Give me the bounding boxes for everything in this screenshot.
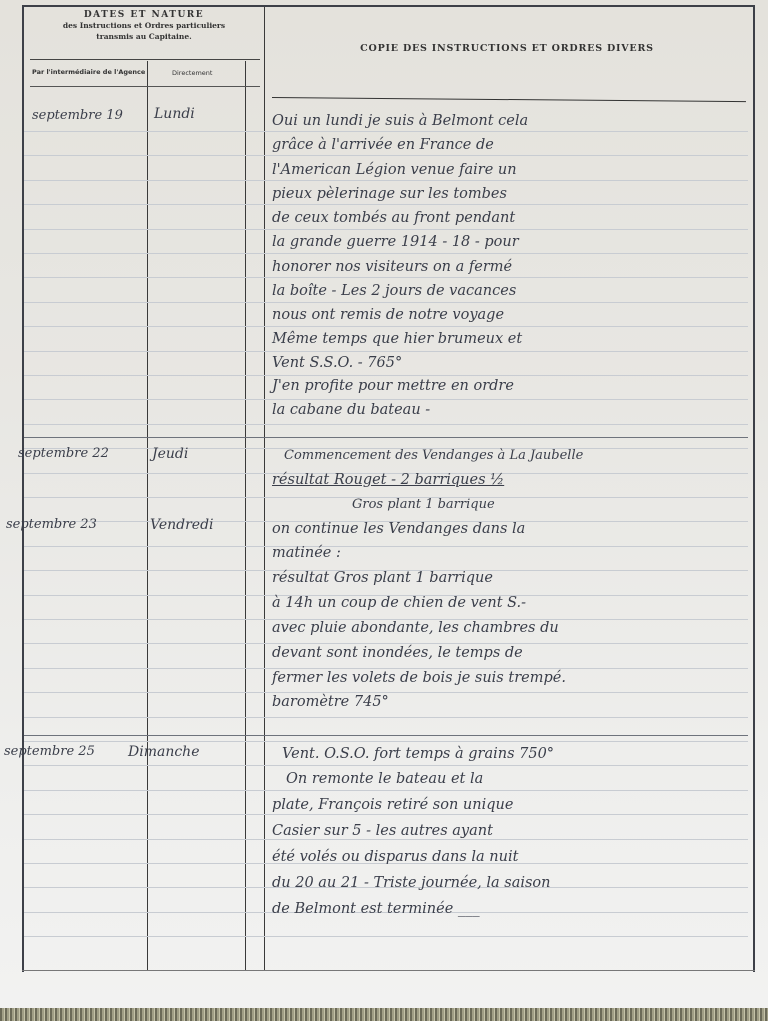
left-subtitle-1: des Instructions et Ordres particuliers [28,20,260,31]
col-header-agence: Par l'intermédiaire de l'Agence [32,68,145,76]
entry-line: Casier sur 5 - les autres ayant [272,823,493,839]
ruled-line [24,790,748,791]
entry-line: On remonte le bateau et la [286,771,483,787]
ruled-line [24,765,748,766]
entry-separator-1 [24,437,748,438]
frame-bottom-line [22,970,755,971]
ruled-line [24,546,748,547]
entry-line: l'American Légion venue faire un [272,162,517,178]
entry-day: Vendredi [150,517,214,533]
col-header-direct: Directement [172,69,212,77]
ruled-line [24,692,748,693]
entry-line: résultat Gros plant 1 barrique [272,570,493,586]
entry-line: Oui un lundi je suis à Belmont cela [272,113,528,129]
table-surface [0,1008,768,1021]
ruled-line [24,204,748,205]
entry-line: de ceux tombés au front pendant [272,210,515,226]
ruled-line [24,668,748,669]
entry-line: grâce à l'arrivée en France de [272,137,494,153]
divider-copie [264,7,265,970]
ruled-line [24,839,748,840]
copie-heading: COPIE DES INSTRUCTIONS ET ORDRES DIVERS [267,43,747,54]
entry-line: la grande guerre 1914 - 18 - pour [272,234,519,250]
entry-separator-2 [24,735,748,736]
entry-line: la boîte - Les 2 jours de vacances [272,283,516,299]
entry-day: Lundi [154,106,195,122]
ruled-line [24,375,748,376]
ruled-line [24,302,748,303]
entry-line: Même temps que hier brumeux et [272,331,522,347]
ruled-line [24,717,748,718]
entry-line: on continue les Vendanges dans la [272,521,525,537]
entry-line: baromètre 745° [272,694,389,710]
ruled-line [24,399,748,400]
entry-date: septembre 19 [32,108,123,123]
ruled-line [24,326,748,327]
left-title: DATES ET NATURE [28,10,260,20]
entry-line: devant sont inondées, le temps de [272,645,523,661]
entry-line: pieux pèlerinage sur les tombes [272,186,507,202]
entry-day: Dimanche [128,744,199,760]
entry-date: septembre 23 [6,517,97,532]
ruled-line [24,424,748,425]
header-rule-bottom [30,86,260,87]
entry-line: fermer les volets de bois je suis trempé… [272,670,566,686]
entry-line: été volés ou disparus dans la nuit [272,849,518,865]
divider-date-day [147,61,148,970]
ruled-line [24,351,748,352]
divider-day-text [245,61,246,970]
entry-line: Gros plant 1 barrique [352,497,495,512]
entry-line: matinée : [272,545,341,561]
header-rule-top [30,59,260,60]
entry-line: résultat Rouget - 2 barriques ½ [272,472,504,488]
entry-date: septembre 25 [4,744,95,759]
entry-line: honorer nos visiteurs on a fermé [272,259,512,275]
left-subtitle-2: transmis au Capitaine. [28,31,260,42]
entry-line: à 14h un coup de chien de vent S.- [272,595,526,611]
ruled-line [24,277,748,278]
ruled-line [24,936,748,937]
ruled-line [24,131,748,132]
entry-date: septembre 22 [18,446,109,461]
entry-line: la cabane du bateau - [272,402,430,418]
ruled-line [24,253,748,254]
entry-day: Jeudi [152,446,188,462]
ruled-line [24,155,748,156]
ruled-line [24,643,748,644]
ruled-line [24,229,748,230]
entry-line: Commencement des Vendanges à La Jaubelle [284,448,583,463]
dates-nature-heading: DATES ET NATURE des Instructions et Ordr… [28,10,260,42]
entry-line: Vent. O.S.O. fort temps à grains 750° [282,746,554,762]
entry-line: plate, François retiré son unique [272,797,513,813]
entry-line: Vent S.S.O. - 765° [272,355,402,371]
entry-line: J'en profite pour mettre en ordre [272,378,514,394]
entry-line: de Belmont est terminée ___ [272,901,480,917]
ruled-line [24,814,748,815]
ruled-line [24,741,748,742]
ledger-page: DATES ET NATURE des Instructions et Ordr… [0,0,768,1008]
entry-line: nous ont remis de notre voyage [272,307,504,323]
ruled-line [24,180,748,181]
entry-line: avec pluie abondante, les chambres du [272,620,559,636]
entry-line: du 20 au 21 - Triste journée, la saison [272,875,551,891]
